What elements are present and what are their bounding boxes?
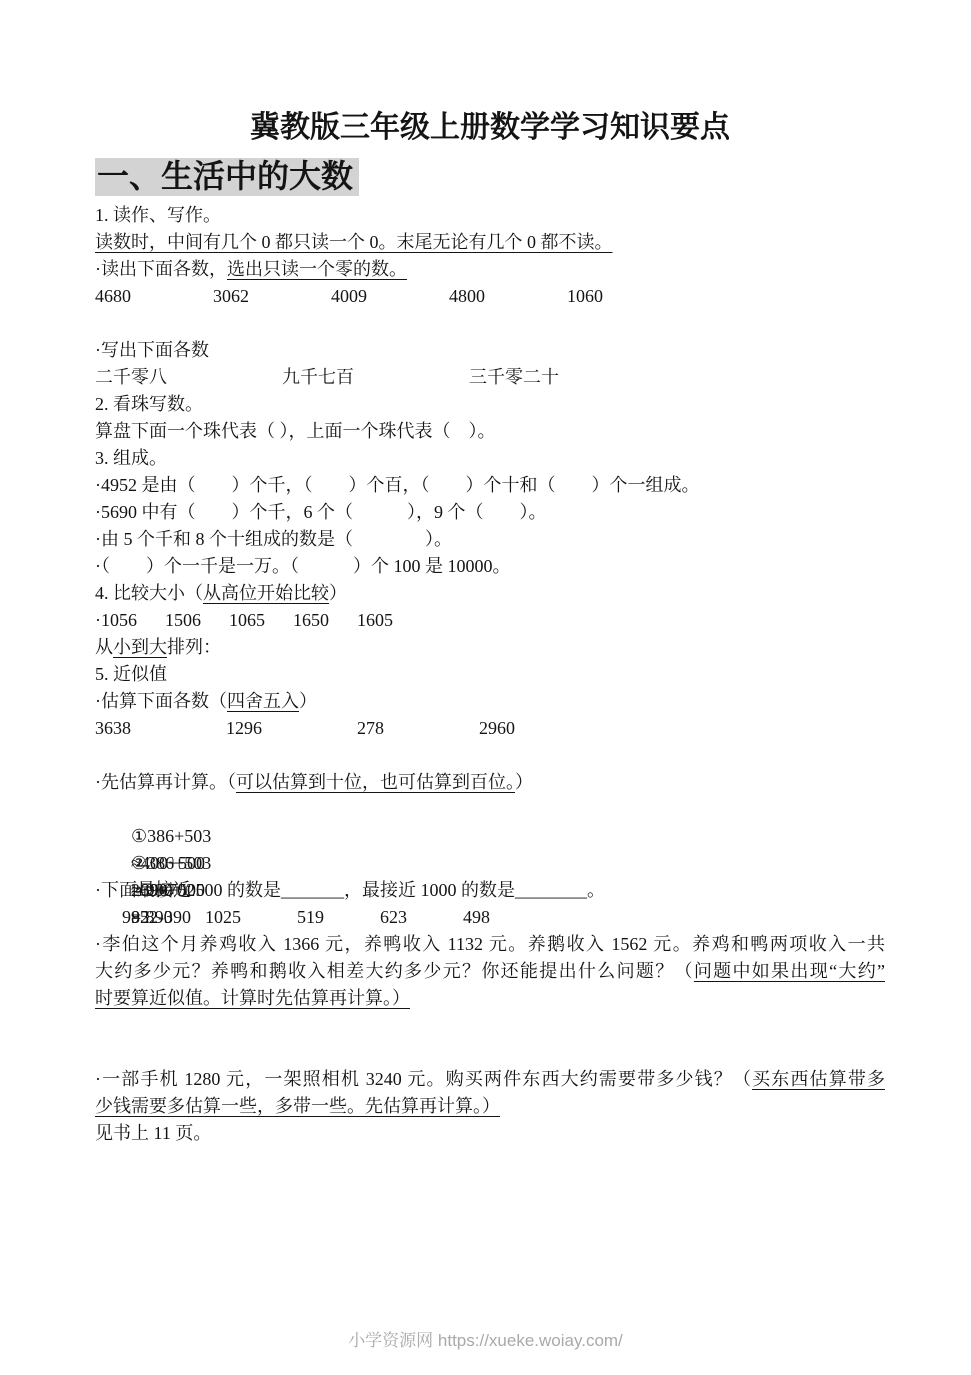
item-5-heading: 5. 近似值	[95, 661, 885, 688]
number: 1065	[229, 607, 265, 634]
book-reference-line: 见书上 11 页。	[95, 1120, 885, 1147]
task-underlined-text: 四舍五入	[227, 691, 299, 711]
section-heading-1: 一、生活中的大数	[95, 154, 885, 198]
number-row-closest: 992 1025 519 623 498	[95, 904, 885, 931]
abacus-line: 算盘下面一个珠代表（ ），上面一个珠代表（ ）。	[95, 418, 885, 445]
number-row-estimate: 3638 1296 278 2960	[95, 715, 885, 742]
number: 992	[122, 904, 149, 931]
number: 623	[380, 904, 407, 931]
answer-blank: ________	[515, 880, 587, 900]
paragraph-underlined-text: 问题中如果出现“大约”	[694, 961, 885, 981]
task-text: ·读出下面各数，	[95, 259, 227, 279]
estimate-task: ·估算下面各数（四舍五入）	[95, 688, 885, 715]
answer-blank: _______	[281, 880, 344, 900]
number: 4800	[449, 283, 485, 310]
number: 1605	[357, 607, 393, 634]
number: 519	[297, 904, 324, 931]
number: 1506	[165, 607, 201, 634]
item-4-heading: 4. 比较大小（从高位开始比较）	[95, 580, 885, 607]
chinese-number-row: 二千零八 九千七百 三千零二十	[95, 364, 885, 391]
sort-text: 排列：	[167, 637, 221, 657]
estimate-then-calc-task: ·先估算再计算。（可以估算到十位，也可估算到百位。）	[95, 769, 885, 796]
paragraph-line: 大约多少元？养鸭和鹅收入相差大约多少元？你还能提出什么问题？（问题中如果出现“大…	[95, 958, 885, 985]
number: 4680	[95, 283, 131, 310]
sort-text: 从	[95, 637, 113, 657]
expression: ①386+503	[131, 823, 246, 850]
task-text: 。	[587, 880, 605, 900]
paragraph-line: 少钱需要多估算一些，多带一些。先估算再计算。）	[95, 1093, 885, 1120]
chinese-number: 二千零八	[95, 364, 167, 391]
number: 1650	[293, 607, 329, 634]
paragraph-text: ·一部手机 1280 元，一架照相机 3240 元。购买两件东西大约需要带多少钱…	[95, 1069, 752, 1089]
paragraph-text: 大约多少元？养鸭和鹅收入相差大约多少元？你还能提出什么问题？（	[95, 961, 694, 981]
section-heading-highlight: 一、生活中的大数	[95, 158, 359, 196]
sort-underlined-text: 小到大	[113, 637, 167, 657]
number: 1060	[567, 283, 603, 310]
word-problem-shopping: ·一部手机 1280 元，一架照相机 3240 元。购买两件东西大约需要带多少钱…	[95, 1066, 885, 1120]
worksheet-body: 1. 读作、写作。 读数时，中间有几个 0 都只读一个 0。末尾无论有几个 0 …	[95, 202, 885, 1147]
item-3-heading: 3. 组成。	[95, 445, 885, 472]
number-row-compare: ·1056 1506 1065 1650 1605	[95, 607, 885, 634]
composition-line-4952: ·4952 是由（ ）个千，（ ）个百，（ ）个十和（ ）个一组成。	[95, 472, 885, 499]
composition-line-5690: ·5690 中有（ ）个千，6 个（ ），9 个（ ）。	[95, 499, 885, 526]
number: 1296	[226, 715, 262, 742]
number-row-read: 4680 3062 4009 4800 1060	[95, 283, 885, 310]
approximation: ≈400+500	[131, 850, 246, 877]
task-underlined-text: 可以估算到十位，也可估算到百位。	[236, 772, 515, 792]
number: 3062	[213, 283, 249, 310]
chinese-number: 九千七百	[282, 364, 354, 391]
task-underlined-text: 选出只读一个零的数。	[227, 259, 407, 279]
composition-line-5k8t: ·由 5 个千和 8 个十组成的数是（ ）。	[95, 526, 885, 553]
number: 278	[357, 715, 384, 742]
reading-rule-line: 读数时，中间有几个 0 都只读一个 0。末尾无论有几个 0 都不读。	[95, 229, 885, 256]
heading-text: 4. 比较大小（	[95, 583, 203, 603]
read-numbers-task: ·读出下面各数，选出只读一个零的数。	[95, 256, 885, 283]
closest-number-task: ·下面最接近 500 的数是_______，最接近 1000 的数是______…	[95, 877, 885, 904]
reading-rule-text: 读数时，中间有几个 0 都只读一个 0。末尾无论有几个 0 都不读。	[95, 232, 613, 252]
expression-row: ①386+503 ②386+503 269+702 852-390	[95, 796, 885, 823]
task-text: ·下面最接近 500 的数是	[95, 880, 281, 900]
footer-watermark: 小学资源网 https://xueke.woiay.com/	[0, 1326, 971, 1351]
task-text: ·估算下面各数（	[95, 691, 227, 711]
number: 1025	[205, 904, 241, 931]
task-text: ）	[515, 772, 533, 792]
item-1-heading: 1. 读作、写作。	[95, 202, 885, 229]
task-text: ）	[299, 691, 317, 711]
number: 2960	[479, 715, 515, 742]
chinese-number: 三千零二十	[469, 364, 559, 391]
number: 498	[463, 904, 490, 931]
write-numbers-task: ·写出下面各数	[95, 337, 885, 364]
document-content: 冀教版三年级上册数学学习知识要点 一、生活中的大数 1. 读作、写作。 读数时，…	[0, 0, 971, 1147]
composition-line-10000: ·（ ）个一千是一万。（ ）个 100 是 10000。	[95, 553, 885, 580]
number: 4009	[331, 283, 367, 310]
task-text: ·先估算再计算。（	[95, 772, 236, 792]
word-problem-income: ·李伯这个月养鸡收入 1366 元，养鸭收入 1132 元。养鹅收入 1562 …	[95, 931, 885, 1012]
paragraph-underlined-text: 少钱需要多估算一些，多带一些。先估算再计算。）	[95, 1096, 500, 1116]
number: 3638	[95, 715, 131, 742]
heading-text: ）	[329, 583, 347, 603]
paragraph-line: ·李伯这个月养鸡收入 1366 元，养鸭收入 1132 元。养鹅收入 1562 …	[95, 931, 885, 958]
paragraph-line: ·一部手机 1280 元，一架照相机 3240 元。购买两件东西大约需要带多少钱…	[95, 1066, 885, 1093]
paragraph-underlined-text: 时要算近似值。计算时先估算再计算。）	[95, 988, 410, 1008]
task-text: ，最接近 1000 的数是	[344, 880, 515, 900]
document-page: 冀教版三年级上册数学学习知识要点 一、生活中的大数 1. 读作、写作。 读数时，…	[0, 0, 971, 1375]
item-2-heading: 2. 看珠写数。	[95, 391, 885, 418]
paragraph-underlined-text: 买东西估算带多	[752, 1069, 885, 1089]
number: ·1056	[95, 607, 137, 634]
heading-underlined-text: 从高位开始比较	[203, 583, 329, 603]
paragraph-line: 时要算近似值。计算时先估算再计算。）	[95, 985, 885, 1012]
sort-line: 从小到大排列：	[95, 634, 885, 661]
page-title: 冀教版三年级上册数学学习知识要点	[95, 108, 885, 148]
